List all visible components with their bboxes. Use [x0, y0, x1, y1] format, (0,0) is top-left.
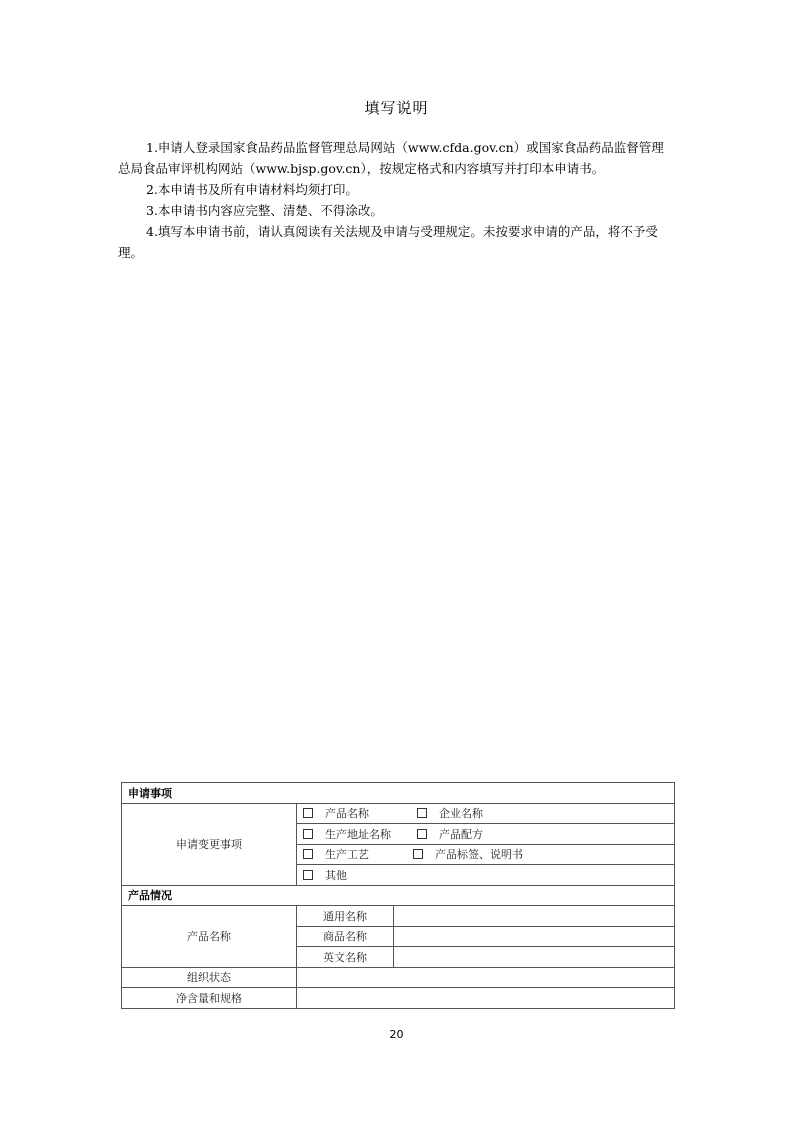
change-options-row-4: 其他	[297, 865, 675, 886]
brand-name-field[interactable]	[394, 926, 675, 947]
organization-state-field[interactable]	[297, 967, 675, 988]
option-label: 生产地址名称	[325, 828, 391, 841]
option-production-address[interactable]: 生产地址名称	[303, 826, 417, 842]
option-product-formula[interactable]: 产品配方	[417, 826, 483, 842]
option-label: 产品名称	[325, 807, 369, 820]
english-name-label: 英文名称	[297, 947, 394, 968]
instruction-1: 1.申请人登录国家食品药品监督管理总局网站（www.cfda.gov.cn）或国…	[118, 137, 676, 179]
section-product-header: 产品情况	[122, 885, 675, 906]
option-label: 产品标签、说明书	[435, 848, 523, 861]
instruction-2: 2.本申请书及所有申请材料均须打印。	[118, 179, 676, 200]
checkbox-empty-icon[interactable]	[303, 849, 313, 859]
change-options-row-3: 生产工艺产品标签、说明书	[297, 844, 675, 865]
checkbox-empty-icon[interactable]	[413, 849, 423, 859]
instruction-4: 4.填写本申请书前，请认真阅读有关法规及申请与受理规定。未按要求申请的产品，将不…	[118, 221, 676, 263]
generic-name-label: 通用名称	[297, 906, 394, 927]
option-production-process[interactable]: 生产工艺	[303, 846, 413, 862]
option-label: 产品配方	[439, 828, 483, 841]
product-name-label: 产品名称	[122, 906, 297, 968]
english-name-field[interactable]	[394, 947, 675, 968]
document-title: 填写说明	[0, 97, 793, 118]
instruction-1-text: 1.申请人登录国家食品药品监督管理总局网站（www.cfda.gov.cn）或国…	[118, 140, 664, 176]
option-label-instructions[interactable]: 产品标签、说明书	[413, 846, 523, 862]
page-number: 20	[0, 1028, 793, 1041]
checkbox-empty-icon[interactable]	[417, 808, 427, 818]
option-product-name[interactable]: 产品名称	[303, 805, 417, 821]
generic-name-field[interactable]	[394, 906, 675, 927]
instruction-2-text: 2.本申请书及所有申请材料均须打印。	[146, 182, 358, 197]
brand-name-label: 商品名称	[297, 926, 394, 947]
checkbox-empty-icon[interactable]	[303, 829, 313, 839]
change-items-label: 申请变更事项	[122, 803, 297, 885]
option-label: 生产工艺	[325, 848, 369, 861]
instruction-3-text: 3.本申请书内容应完整、清楚、不得涂改。	[146, 203, 383, 218]
change-options-row-1: 产品名称企业名称	[297, 803, 675, 824]
checkbox-empty-icon[interactable]	[303, 870, 313, 880]
organization-state-label: 组织状态	[122, 967, 297, 988]
net-content-field[interactable]	[297, 988, 675, 1009]
option-label: 企业名称	[439, 807, 483, 820]
net-content-label: 净含量和规格	[122, 988, 297, 1009]
option-other[interactable]: 其他	[303, 867, 347, 883]
checkbox-empty-icon[interactable]	[303, 808, 313, 818]
application-form-table: 申请事项 申请变更事项 产品名称企业名称 生产地址名称产品配方 生产工艺产品标签…	[121, 782, 675, 1009]
option-label: 其他	[325, 869, 347, 882]
section-application-header: 申请事项	[122, 783, 675, 804]
option-company-name[interactable]: 企业名称	[417, 805, 483, 821]
change-options-row-2: 生产地址名称产品配方	[297, 824, 675, 845]
checkbox-empty-icon[interactable]	[417, 829, 427, 839]
instruction-3: 3.本申请书内容应完整、清楚、不得涂改。	[118, 200, 676, 221]
instruction-4-text: 4.填写本申请书前，请认真阅读有关法规及申请与受理规定。未按要求申请的产品，将不…	[118, 224, 658, 260]
